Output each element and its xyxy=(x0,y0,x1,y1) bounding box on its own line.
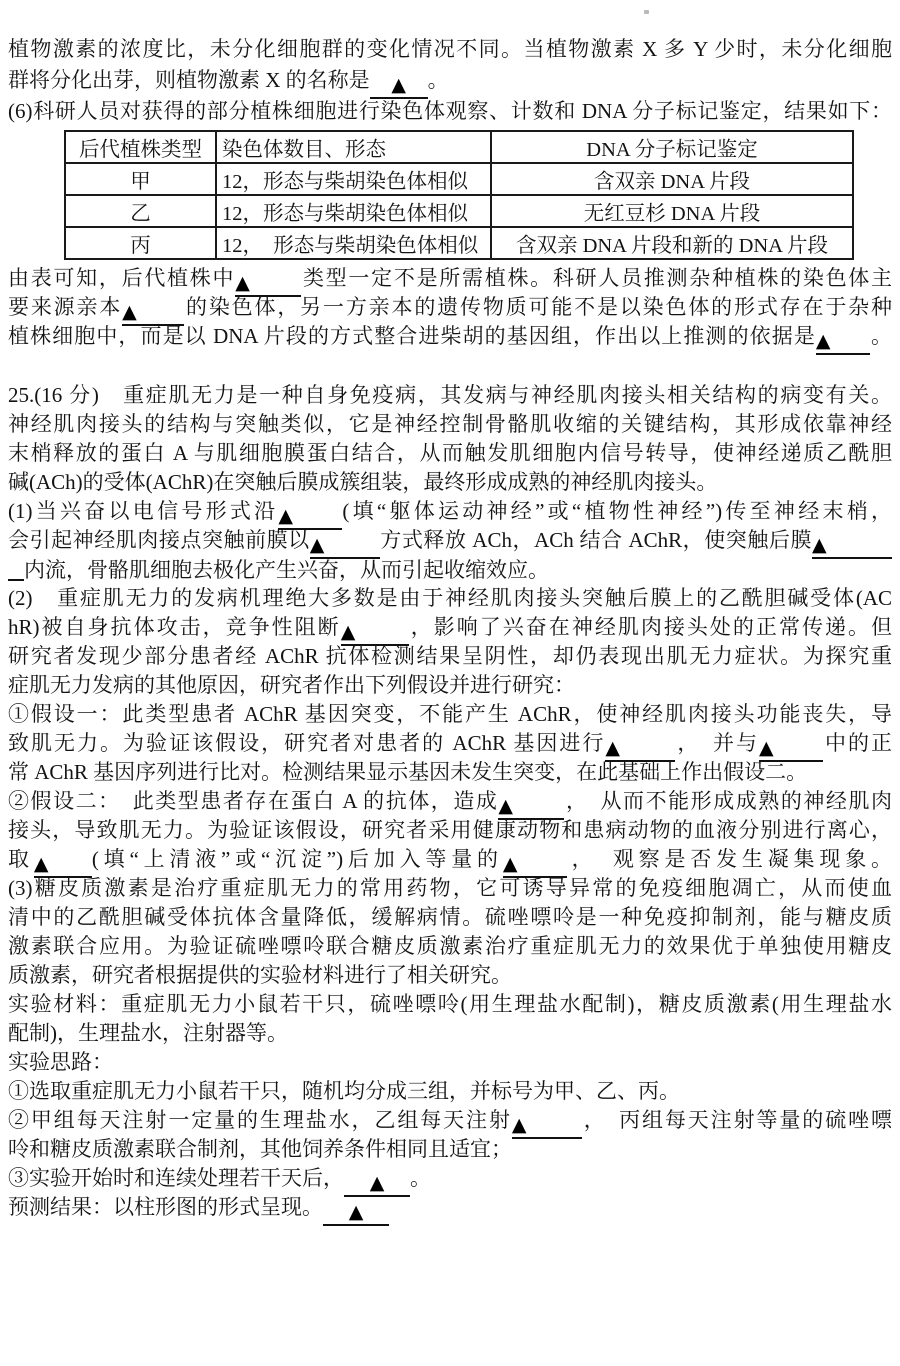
text-run: ， 丙组每天注射等量的硫唑嘌 xyxy=(582,1108,892,1132)
text-line: 25.(16 分) 重症肌无力是一种自身免疫病，其发病与神经肌肉接头相关结构的病… xyxy=(8,381,892,410)
text-run: 由表可知，后代植株中 xyxy=(8,266,235,290)
text-run: 质激素，研究者根据提供的实验材料进行了相关研究。 xyxy=(8,963,512,987)
table-row: 丙12， 形态与柴胡染色体相似含双亲 DNA 片段和新的 DNA 片段 xyxy=(65,227,853,259)
text-run: 。 xyxy=(428,68,449,92)
text-line: ②假设二： 此类型患者存在蛋白 A 的抗体，造成▲， 从而不能形成成熟的神经肌肉 xyxy=(8,787,892,816)
question-25: 25.(16 分) 重症肌无力是一种自身免疫病，其发病与神经肌肉接头相关结构的病… xyxy=(8,381,892,1222)
text-run: (6)科研人员对获得的部分植株细胞进行染色体观察、计数和 DNA 分子标记鉴定，… xyxy=(8,99,892,123)
answer-blank xyxy=(8,555,24,581)
text-line: 常 AChR 基因序列进行比对。检测结果显示基因未发生突变，在此基础上作出假设二… xyxy=(8,758,892,787)
text-line: 质激素，研究者根据提供的实验材料进行了相关研究。 xyxy=(8,961,892,990)
text-run: 清中的乙酰胆碱受体抗体含量降低，缓解病情。硫唑嘌呤是一种免疫抑制剂，能与糖皮质 xyxy=(8,905,892,929)
text-line: 症肌无力发病的其他原因，研究者作出下列假设并进行研究： xyxy=(8,671,892,700)
table-row: 甲12，形态与柴胡染色体相似含双亲 DNA 片段 xyxy=(65,163,853,195)
text-line: ②甲组每天注射一定量的生理盐水，乙组每天注射▲， 丙组每天注射等量的硫唑嘌 xyxy=(8,1106,892,1135)
text-line: 要来源亲本▲的染色体，另一方亲本的遗传物质可能不是以染色体的形式存在于杂种 xyxy=(8,293,892,322)
text-run: (3)糖皮质激素是治疗重症肌无力的常用药物，它可诱导异常的免疫细胞凋亡，从而使血 xyxy=(8,876,892,900)
table-header-cell: 后代植株类型 xyxy=(65,131,216,163)
table-cell: 含双亲 DNA 片段 xyxy=(491,163,853,195)
text-run: 实验材料：重症肌无力小鼠若干只，硫唑嘌呤(用生理盐水配制)，糖皮质激素(用生理盐… xyxy=(8,992,892,1016)
text-run: 致肌无力。为验证该假设，研究者对患者的 AChR 基因进行 xyxy=(8,731,605,755)
text-line: 群将分化出芽，则植物激素 X 的名称是▲。 xyxy=(8,65,892,96)
text-run: ， 观察是否发生凝集现象。 xyxy=(567,847,892,871)
scanned-exam-page: 植物激素的浓度比，未分化细胞群的变化情况不同。当植物激素 X 多 Y 少时，未分… xyxy=(0,0,900,1366)
text-run: (填“躯体运动神经”或“植物性神经”)传至神经末梢， xyxy=(342,499,892,523)
text-run: 群将分化出芽，则植物激素 X 的名称是 xyxy=(8,68,370,92)
triangle-marker: ▲ xyxy=(349,1201,364,1223)
text-run: 内流，骨骼肌细胞去极化产生兴奋，从而引起收缩效应。 xyxy=(24,558,549,582)
text-run: ①选取重症肌无力小鼠若干只，随机均分成三组，并标号为甲、乙、丙。 xyxy=(8,1079,680,1103)
text-run: 常 AChR 基因序列进行比对。检测结果显示基因未发生突变，在此基础上作出假设二… xyxy=(8,760,807,784)
text-run: 25.(16 分) 重症肌无力是一种自身免疫病，其发病与神经肌肉接头相关结构的病… xyxy=(8,383,892,407)
scan-artifact-dot xyxy=(644,10,649,14)
text-run: 症肌无力发病的其他原因，研究者作出下列假设并进行研究： xyxy=(8,673,575,697)
table-analysis-paragraph: 由表可知，后代植株中▲类型一定不是所需植株。科研人员推测杂种植株的染色体主要来源… xyxy=(8,264,892,351)
text-run: 植物激素的浓度比，未分化细胞群的变化情况不同。当植物激素 X 多 Y 少时，未分… xyxy=(8,37,892,61)
question-24-continuation: 植物激素的浓度比，未分化细胞群的变化情况不同。当植物激素 X 多 Y 少时，未分… xyxy=(8,34,892,127)
text-run: 末梢释放的蛋白 A 与肌细胞膜蛋白结合，从而触发肌细胞内信号转导，使神经递质乙酰… xyxy=(8,441,892,465)
identification-results-table: 后代植株类型染色体数目、形态DNA 分子标记鉴定甲12，形态与柴胡染色体相似含双… xyxy=(64,130,854,260)
text-run: 的染色体，另一方亲本的遗传物质可能不是以染色体的形式存在于杂种 xyxy=(184,295,892,319)
text-run: 预测结果：以柱形图的形式呈现。 xyxy=(8,1195,323,1219)
text-run: hR)被自身抗体攻击，竞争性阻断 xyxy=(8,615,341,639)
text-line: 植株细胞中，而是以 DNA 片段的方式整合进柴胡的基因组，作出以上推测的依据是▲… xyxy=(8,322,892,351)
table-cell: 12， 形态与柴胡染色体相似 xyxy=(216,227,491,259)
text-run: 激素联合应用。为验证硫唑嘌呤联合糖皮质激素治疗重症肌无力的效果优于单独使用糖皮 xyxy=(8,934,892,958)
text-run: ①假设一：此类型患者 AChR 基因突变，不能产生 AChR，使神经肌肉接头功能… xyxy=(8,702,892,726)
triangle-marker: ▲ xyxy=(759,737,774,759)
text-run: ②甲组每天注射一定量的生理盐水，乙组每天注射 xyxy=(8,1108,512,1132)
text-run: 配制)，生理盐水，注射器等。 xyxy=(8,1021,288,1045)
triangle-marker: ▲ xyxy=(391,74,406,96)
text-line: 碱(ACh)的受体(AChR)在突触后膜成簇组装，最终形成成熟的神经肌肉接头。 xyxy=(8,468,892,497)
text-run: 取 xyxy=(8,847,34,871)
text-run: (填“上清液”或“沉淀”)后加入等量的 xyxy=(92,847,503,871)
text-run: (1)当兴奋以电信号形式沿 xyxy=(8,499,278,523)
answer-blank: ▲ xyxy=(323,1200,389,1226)
text-run: 中的正 xyxy=(823,731,892,755)
table-cell: 丙 xyxy=(65,227,216,259)
text-line: 由表可知，后代植株中▲类型一定不是所需植株。科研人员推测杂种植株的染色体主 xyxy=(8,264,892,293)
text-run: 要来源亲本 xyxy=(8,295,122,319)
table-cell: 乙 xyxy=(65,195,216,227)
triangle-marker: ▲ xyxy=(278,505,293,527)
triangle-marker: ▲ xyxy=(341,621,356,643)
text-line: 预测结果：以柱形图的形式呈现。▲ xyxy=(8,1193,892,1222)
text-line: 接头，导致肌无力。为验证该假设，研究者采用健康动物和患病动物的血液分别进行离心， xyxy=(8,816,892,845)
text-line: (2) 重症肌无力的发病机理绝大多数是由于神经肌肉接头突触后膜上的乙酰胆碱受体(… xyxy=(8,584,892,613)
text-line: 神经肌肉接头的结构与突触类似，它是神经控制骨骼肌收缩的关键结构，其形成依靠神经 xyxy=(8,410,892,439)
table-cell: 含双亲 DNA 片段和新的 DNA 片段 xyxy=(491,227,853,259)
text-run: 呤和糖皮质激素联合制剂，其他饲养条件相同且适宜； xyxy=(8,1137,512,1161)
text-run: 实验思路： xyxy=(8,1050,113,1074)
text-run: 神经肌肉接头的结构与突触类似，它是神经控制骨骼肌收缩的关键结构，其形成依靠神经 xyxy=(8,412,892,436)
text-line: 配制)，生理盐水，注射器等。 xyxy=(8,1019,892,1048)
text-run: ③实验开始时和连续处理若干天后， xyxy=(8,1166,344,1190)
triangle-marker: ▲ xyxy=(816,330,831,352)
text-line: 植物激素的浓度比，未分化细胞群的变化情况不同。当植物激素 X 多 Y 少时，未分… xyxy=(8,34,892,65)
triangle-marker: ▲ xyxy=(34,853,49,875)
table-header-cell: DNA 分子标记鉴定 xyxy=(491,131,853,163)
text-line: ①假设一：此类型患者 AChR 基因突变，不能产生 AChR，使神经肌肉接头功能… xyxy=(8,700,892,729)
text-line: (3)糖皮质激素是治疗重症肌无力的常用药物，它可诱导异常的免疫细胞凋亡，从而使血 xyxy=(8,874,892,903)
text-line: 末梢释放的蛋白 A 与肌细胞膜蛋白结合，从而触发肌细胞内信号转导，使神经递质乙酰… xyxy=(8,439,892,468)
text-line: 呤和糖皮质激素联合制剂，其他饲养条件相同且适宜； xyxy=(8,1135,892,1164)
text-line: 清中的乙酰胆碱受体抗体含量降低，缓解病情。硫唑嘌呤是一种免疫抑制剂，能与糖皮质 xyxy=(8,903,892,932)
text-line: 激素联合应用。为验证硫唑嘌呤联合糖皮质激素治疗重症肌无力的效果优于单独使用糖皮 xyxy=(8,932,892,961)
text-run: 接头，导致肌无力。为验证该假设，研究者采用健康动物和患病动物的血液分别进行离心， xyxy=(8,818,892,842)
text-run: 研究者发现少部分患者经 AChR 抗体检测结果呈阴性，却仍表现出肌无力症状。为探… xyxy=(8,644,892,668)
text-line: 内流，骨骼肌细胞去极化产生兴奋，从而引起收缩效应。 xyxy=(8,555,892,584)
text-run: 方式释放 ACh，ACh 结合 AChR，使突触后膜 xyxy=(380,528,812,552)
triangle-marker: ▲ xyxy=(503,853,518,875)
triangle-marker: ▲ xyxy=(605,737,620,759)
table-cell: 12，形态与柴胡染色体相似 xyxy=(216,163,491,195)
triangle-marker: ▲ xyxy=(812,534,827,556)
text-line: ③实验开始时和连续处理若干天后，▲。 xyxy=(8,1164,892,1193)
text-run: 。 xyxy=(410,1166,431,1190)
text-line: hR)被自身抗体攻击，竞争性阻断▲，影响了兴奋在神经肌肉接头处的正常传递。但 xyxy=(8,613,892,642)
text-run: (2) 重症肌无力的发病机理绝大多数是由于神经肌肉接头突触后膜上的乙酰胆碱受体(… xyxy=(8,586,892,610)
text-line: 取▲(填“上清液”或“沉淀”)后加入等量的▲， 观察是否发生凝集现象。 xyxy=(8,845,892,874)
answer-blank: ▲ xyxy=(816,329,870,355)
table-header-cell: 染色体数目、形态 xyxy=(216,131,491,163)
text-line: 实验材料：重症肌无力小鼠若干只，硫唑嘌呤(用生理盐水配制)，糖皮质激素(用生理盐… xyxy=(8,990,892,1019)
text-run: 类型一定不是所需植株。科研人员推测杂种植株的染色体主 xyxy=(301,266,892,290)
answer-blank: ▲ xyxy=(512,1113,582,1139)
document-content: 植物激素的浓度比，未分化细胞群的变化情况不同。当植物激素 X 多 Y 少时，未分… xyxy=(8,34,892,1222)
triangle-marker: ▲ xyxy=(122,301,137,323)
table-header-row: 后代植株类型染色体数目、形态DNA 分子标记鉴定 xyxy=(65,131,853,163)
text-line: ①选取重症肌无力小鼠若干只，随机均分成三组，并标号为甲、乙、丙。 xyxy=(8,1077,892,1106)
text-run: ，影响了兴奋在神经肌肉接头处的正常传递。但 xyxy=(409,615,892,639)
triangle-marker: ▲ xyxy=(498,795,513,817)
table-cell: 无红豆杉 DNA 片段 xyxy=(491,195,853,227)
text-line: 研究者发现少部分患者经 AChR 抗体检测结果呈阴性，却仍表现出肌无力症状。为探… xyxy=(8,642,892,671)
text-line: (1)当兴奋以电信号形式沿▲(填“躯体运动神经”或“植物性神经”)传至神经末梢， xyxy=(8,497,892,526)
answer-blank: ▲ xyxy=(812,533,892,559)
text-line: 实验思路： xyxy=(8,1048,892,1077)
text-run: 会引起神经肌肉接点突触前膜以 xyxy=(8,528,310,552)
text-run: 。 xyxy=(870,324,892,348)
text-run: 碱(ACh)的受体(AChR)在突触后膜成簇组装，最终形成成熟的神经肌肉接头。 xyxy=(8,470,717,494)
triangle-marker: ▲ xyxy=(370,1172,385,1194)
text-run: ， 从而不能形成成熟的神经肌肉 xyxy=(564,789,892,813)
table-row: 乙12，形态与柴胡染色体相似无红豆杉 DNA 片段 xyxy=(65,195,853,227)
text-line: 致肌无力。为验证该假设，研究者对患者的 AChR 基因进行▲， 并与▲中的正 xyxy=(8,729,892,758)
triangle-marker: ▲ xyxy=(512,1114,527,1136)
text-run: ， 并与 xyxy=(675,731,759,755)
text-run: 植株细胞中，而是以 DNA 片段的方式整合进柴胡的基因组，作出以上推测的依据是 xyxy=(8,324,816,348)
table-cell: 12，形态与柴胡染色体相似 xyxy=(216,195,491,227)
text-line: 会引起神经肌肉接点突触前膜以▲方式释放 ACh，ACh 结合 AChR，使突触后… xyxy=(8,526,892,555)
table-cell: 甲 xyxy=(65,163,216,195)
text-line: (6)科研人员对获得的部分植株细胞进行染色体观察、计数和 DNA 分子标记鉴定，… xyxy=(8,96,892,127)
text-run: ②假设二： 此类型患者存在蛋白 A 的抗体，造成 xyxy=(8,789,498,813)
triangle-marker: ▲ xyxy=(310,534,325,556)
triangle-marker: ▲ xyxy=(235,272,250,294)
